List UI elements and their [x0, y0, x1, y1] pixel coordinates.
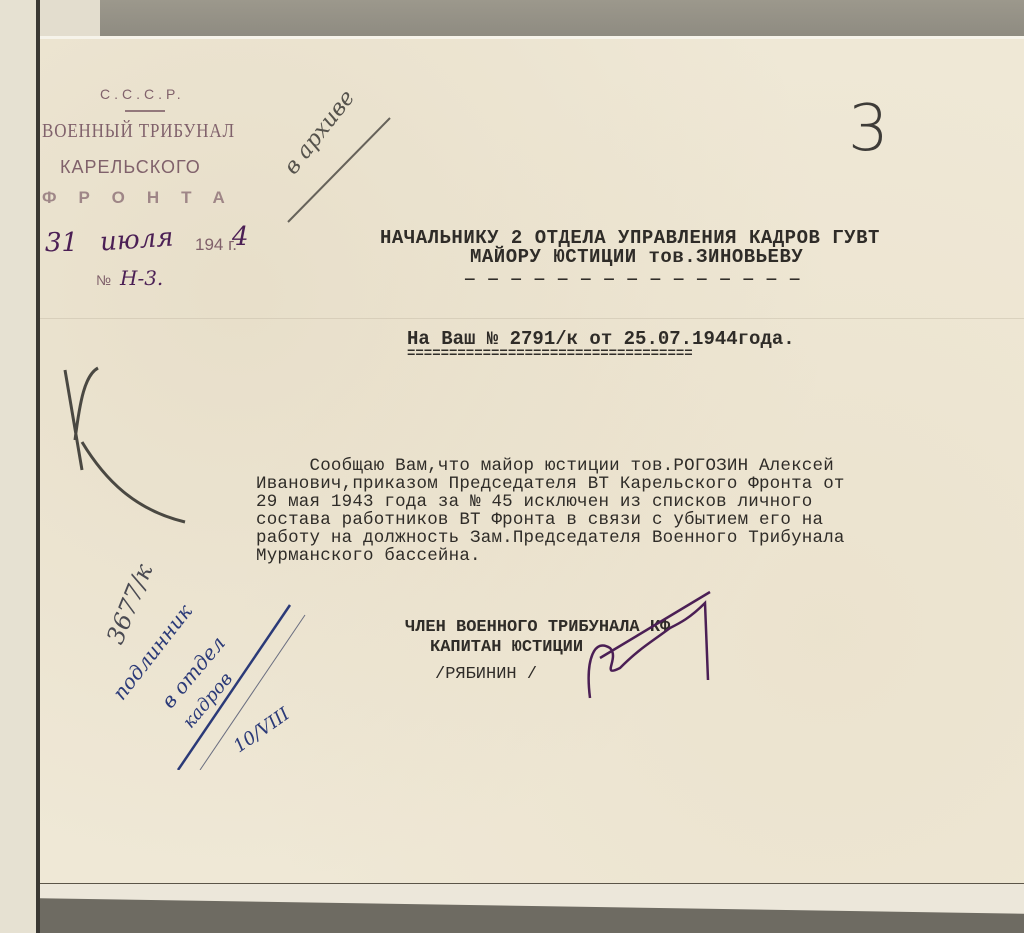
- handwritten-number: Н-3.: [120, 266, 163, 290]
- body-line: работу на должность Зам.Председателя Вое…: [256, 529, 845, 547]
- signature-scrawl: [580, 588, 720, 703]
- adjacent-page-left: [0, 0, 40, 933]
- margin-slash-lines: [170, 590, 310, 770]
- stamp-divider: [125, 110, 165, 112]
- page-number: 3: [848, 92, 889, 166]
- body-line: Мурманского бассейна.: [256, 547, 845, 565]
- stamp-country: С.С.С.Р.: [100, 86, 185, 102]
- stamp-front-line1: КАРЕЛЬСКОГО: [60, 157, 201, 178]
- handwritten-month: июля: [99, 222, 174, 257]
- addressee-underline: — — — — — — — — — — — — — — —: [465, 270, 801, 288]
- stamp-number-label: №: [96, 272, 111, 288]
- stamp-organization: ВОЕННЫЙ ТРИБУНАЛ: [42, 120, 235, 143]
- pencil-check-mark: [60, 360, 190, 530]
- handwritten-year-digit: 4: [232, 222, 249, 252]
- signature-title2: КАПИТАН ЮСТИЦИИ: [430, 638, 583, 657]
- addressee-line2: МАЙОРУ ЮСТИЦИИ тов.ЗИНОВЬЕВУ: [470, 246, 803, 268]
- handwritten-day: 31: [45, 228, 78, 258]
- reference-underline: ==================================: [407, 346, 693, 362]
- body-text: Сообщаю Вам,что майор юстиции тов.РОГОЗИ…: [256, 439, 845, 583]
- body-line: 29 мая 1943 года за № 45 исключен из спи…: [256, 493, 845, 511]
- body-line: Иванович,приказом Председателя ВТ Карель…: [256, 475, 845, 493]
- paper-fold: [40, 318, 1024, 319]
- body-line: Сообщаю Вам,что майор юстиции тов.РОГОЗИ…: [256, 457, 845, 475]
- signature-name: /РЯБИНИН /: [435, 665, 537, 684]
- adjacent-page-tab: [40, 0, 100, 40]
- body-line: состава работников ВТ Фронта в связи с у…: [256, 511, 845, 529]
- stamp-year: 194 г.: [195, 235, 237, 255]
- background-top: [40, 0, 1024, 40]
- pencil-slash-mark: [280, 110, 400, 230]
- stamp-front-line2: ФРОНТА: [42, 188, 247, 208]
